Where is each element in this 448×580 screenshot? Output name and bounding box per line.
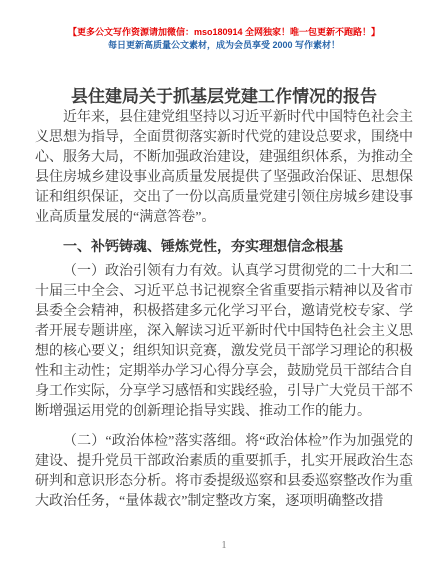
page-number: 1: [0, 540, 448, 551]
promo-line-blue: 每日更新高质量公文素材，成为会员享受 2000 写作素材！: [0, 39, 448, 52]
document-title: 县住建局关于抓基层党建工作情况的报告: [0, 82, 448, 107]
subsection-paragraph-1: （一）政治引领有力有效。认真学习贯彻党的二十大和二十届三中全会、习近平总书记视察…: [35, 262, 413, 422]
section-heading: 一、补钙铸魂、锤炼党性，夯实理想信念根基: [35, 238, 413, 258]
document-page: 【更多公文写作资源请加微信：mso180914 全网独家！唯一包更新不跑路！】 …: [0, 0, 448, 580]
promo-banner: 【更多公文写作资源请加微信：mso180914 全网独家！唯一包更新不跑路！】 …: [0, 26, 448, 52]
document-body: 近年来，县住建党组坚持以习近平新时代中国特色社会主义思想为指导，全面贯彻落实新时…: [35, 108, 413, 522]
intro-paragraph: 近年来，县住建党组坚持以习近平新时代中国特色社会主义思想为指导，全面贯彻落实新时…: [35, 108, 413, 228]
promo-line-red: 【更多公文写作资源请加微信：mso180914 全网独家！唯一包更新不跑路！】: [0, 26, 448, 39]
subsection-paragraph-2: （二）“政治体检”落实落细。将“政治体检”作为加强党的建设、提升党员干部政治素质…: [35, 432, 413, 512]
